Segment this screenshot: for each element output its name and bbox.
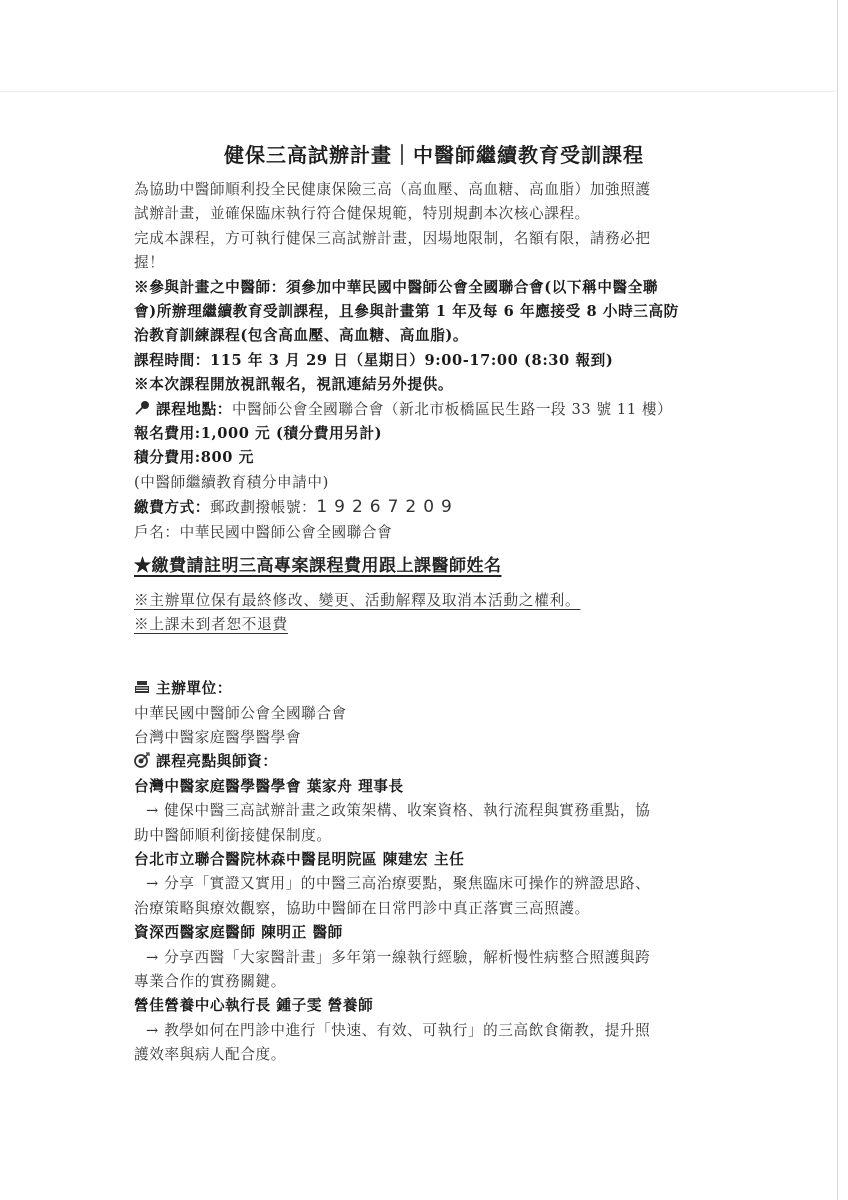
intro-line: 為協助中醫師順利投全民健康保險三高（高血壓、高血糖、高血脂）加強照護 xyxy=(134,178,704,202)
payment-method: 郵政劃撥帳號： xyxy=(210,499,316,516)
schedule-value: 115 年 3 月 29 日（星期日）9:00-17:00 (8:30 報到) xyxy=(210,352,613,369)
intro-line: 試辦計畫，並確保臨床執行符合健保規範，特別規劃本次核心課程。 xyxy=(134,202,704,226)
page-title: 健保三高試辦計畫｜中醫師繼續教育受訓課程 xyxy=(164,139,704,168)
credit-fee: 積分費用:800 元 xyxy=(134,446,704,470)
speaker-description: → 分享「實證又實用」的中醫三高治療要點，聚焦臨床可操作的辨證思路、 xyxy=(134,872,704,896)
speaker-name: 營佳營養中心執行長 鍾子雯 營養師 xyxy=(134,994,704,1018)
speaker-name: 台灣中醫家庭醫學醫學會 葉家舟 理事長 xyxy=(134,775,704,799)
speaker-description: 助中醫師順利銜接健保制度。 xyxy=(134,824,704,848)
payment-row: 繳費方式：郵政劃撥帳號：19267209 xyxy=(134,495,704,520)
speaker-block: 台灣中醫家庭醫學醫學會 葉家舟 理事長 → 健保中醫三高試辦計畫之政策架構、收案… xyxy=(134,775,704,848)
account-name: 戶名：中華民國中醫師公會全國聯合會 xyxy=(134,521,704,545)
account-number: 19267209 xyxy=(316,497,459,517)
schedule-row: 課程時間：115 年 3 月 29 日（星期日）9:00-17:00 (8:30… xyxy=(134,349,704,373)
pushpin-icon xyxy=(134,400,150,416)
eligibility-section: ※參與計畫之中醫師：須參加中華民國中醫師公會全國聯合會(以下稱中醫全聯 會)所辦… xyxy=(134,276,704,349)
credit-note: (中醫師繼續教育積分申請中) xyxy=(134,471,704,495)
target-icon xyxy=(134,752,150,768)
eligibility-line: 會)所辦理繼續教育受訓課程，且參與計畫第 1 年及每 6 年應接受 8 小時三高… xyxy=(134,300,704,324)
speaker-name: 資深西醫家庭醫師 陳明正 醫師 xyxy=(134,921,704,945)
speaker-description: 專業合作的實務關鍵。 xyxy=(134,970,704,994)
location-label: 課程地點： xyxy=(156,401,232,418)
organizer-item: 中華民國中醫師公會全國聯合會 xyxy=(134,702,704,726)
speaker-block: 營佳營養中心執行長 鍾子雯 營養師 → 教學如何在門診中進行「快速、有效、可執行… xyxy=(134,994,704,1067)
speaker-name: 台北市立聯合醫院林森中醫昆明院區 陳建宏 主任 xyxy=(134,848,704,872)
schedule-label: 課程時間： xyxy=(134,352,210,369)
scan-artifact-line xyxy=(0,91,836,92)
speaker-description: → 分享西醫「大家醫計畫」多年第一線執行經驗，解析慢性病整合照護與跨 xyxy=(134,946,704,970)
notice-rights: ※主辦單位保有最終修改、變更、活動解釋及取消本活動之權利。 xyxy=(134,589,704,613)
scan-page-edge xyxy=(837,0,838,1200)
flyer-page: 健保三高試辦計畫｜中醫師繼續教育受訓課程 為協助中醫師順利投全民健康保險三高（高… xyxy=(134,139,704,1068)
spacer xyxy=(134,579,704,589)
notice-refund: ※上課未到者恕不退費 xyxy=(134,613,704,637)
spacer xyxy=(134,637,704,677)
speaker-block: 台北市立聯合醫院林森中醫昆明院區 陳建宏 主任 → 分享「實證又實用」的中醫三高… xyxy=(134,848,704,921)
highlights-heading: 課程亮點與師資： xyxy=(156,753,278,770)
payment-label: 繳費方式： xyxy=(134,499,210,516)
location-value: 中醫師公會全國聯合會（新北市板橋區民生路一段 33 號 11 樓） xyxy=(232,401,672,418)
speaker-description: → 教學如何在門診中進行「快速、有效、可執行」的三高飲食衛教，提升照 xyxy=(134,1019,704,1043)
speaker-description: → 健保中醫三高試辦計畫之政策架構、收案資格、執行流程與實務重點，協 xyxy=(134,799,704,823)
eligibility-line: 治教育訓練課程(包含高血壓、高血糖、高血脂)。 xyxy=(134,324,704,348)
organizers-heading: 主辦單位： xyxy=(156,680,232,697)
organizers-heading-row: 主辦單位： xyxy=(134,677,704,701)
location-row: 課程地點：中醫師公會全國聯合會（新北市板橋區民生路一段 33 號 11 樓） xyxy=(134,398,704,422)
speaker-description: 護效率與病人配合度。 xyxy=(134,1043,704,1067)
online-note: ※本次課程開放視訊報名，視訊連結另外提供。 xyxy=(134,373,704,397)
organizer-item: 台灣中醫家庭醫學醫學會 xyxy=(134,726,704,750)
payment-reminder: ★繳費請註明三高專案課程費用跟上課醫師姓名 xyxy=(134,553,704,579)
intro-line: 握！ xyxy=(134,251,704,275)
intro-line: 完成本課程，方可執行健保三高試辦計畫，因場地限制，名額有限，請務必把 xyxy=(134,227,704,251)
highlights-heading-row: 課程亮點與師資： xyxy=(134,750,704,774)
speaker-block: 資深西醫家庭醫師 陳明正 醫師 → 分享西醫「大家醫計畫」多年第一線執行經驗，解… xyxy=(134,921,704,994)
speaker-description: 治療策略與療效觀察，協助中醫師在日常門診中真正落實三高照護。 xyxy=(134,897,704,921)
building-icon xyxy=(134,679,150,695)
intro-section: 為協助中醫師順利投全民健康保險三高（高血壓、高血糖、高血脂）加強照護 試辦計畫，… xyxy=(134,178,704,276)
eligibility-line: ※參與計畫之中醫師：須參加中華民國中醫師公會全國聯合會(以下稱中醫全聯 xyxy=(134,276,704,300)
registration-fee: 報名費用:1,000 元 (積分費用另計) xyxy=(134,422,704,446)
